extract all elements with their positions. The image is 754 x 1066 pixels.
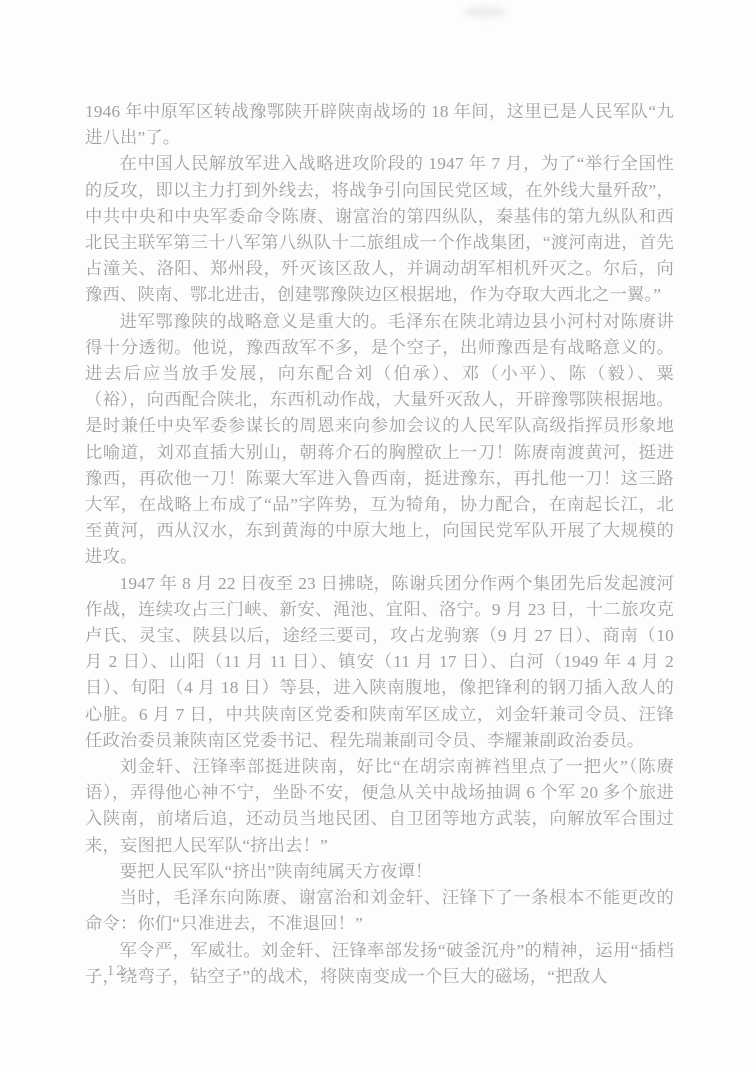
paragraph: 军令严，军威壮。刘金轩、汪锋率部发扬“破釜沉舟”的精神，运用“插档子，绕弯子，钻… [85, 938, 674, 990]
paragraph: 要把人民军队“挤出”陕南纯属天方夜谭！ [85, 859, 674, 885]
paragraph: 当时，毛泽东向陈赓、谢富治和刘金轩、汪锋下了一条根本不能更改的命令：你们“只准进… [85, 885, 674, 937]
paragraph: 1947 年 8 月 22 日夜至 23 日拂晓，陈谢兵团分作两个集团先后发起渡… [85, 571, 674, 754]
page-number: · 12 · [94, 960, 139, 982]
paragraph: 刘金轩、汪锋率部挺进陕南，好比“在胡宗南裤裆里点了一把火”（陈赓语），弄得他心神… [85, 754, 674, 859]
page-text: 1946 年中原军区转战豫鄂陕开辟陕南战场的 18 年间，这里已是人民军队“九进… [85, 99, 674, 990]
paragraph: 在中国人民解放军进入战略进攻阶段的 1947 年 7 月，为了“举行全国性的反攻… [85, 151, 674, 308]
scan-artifact [464, 6, 506, 18]
scanned-page: 1946 年中原军区转战豫鄂陕开辟陕南战场的 18 年间，这里已是人民军队“九进… [0, 0, 754, 1066]
paragraph: 1946 年中原军区转战豫鄂陕开辟陕南战场的 18 年间，这里已是人民军队“九进… [85, 99, 674, 151]
paragraph: 进军鄂豫陕的战略意义是重大的。毛泽东在陕北靖边县小河村对陈赓讲得十分透彻。他说，… [85, 309, 674, 571]
